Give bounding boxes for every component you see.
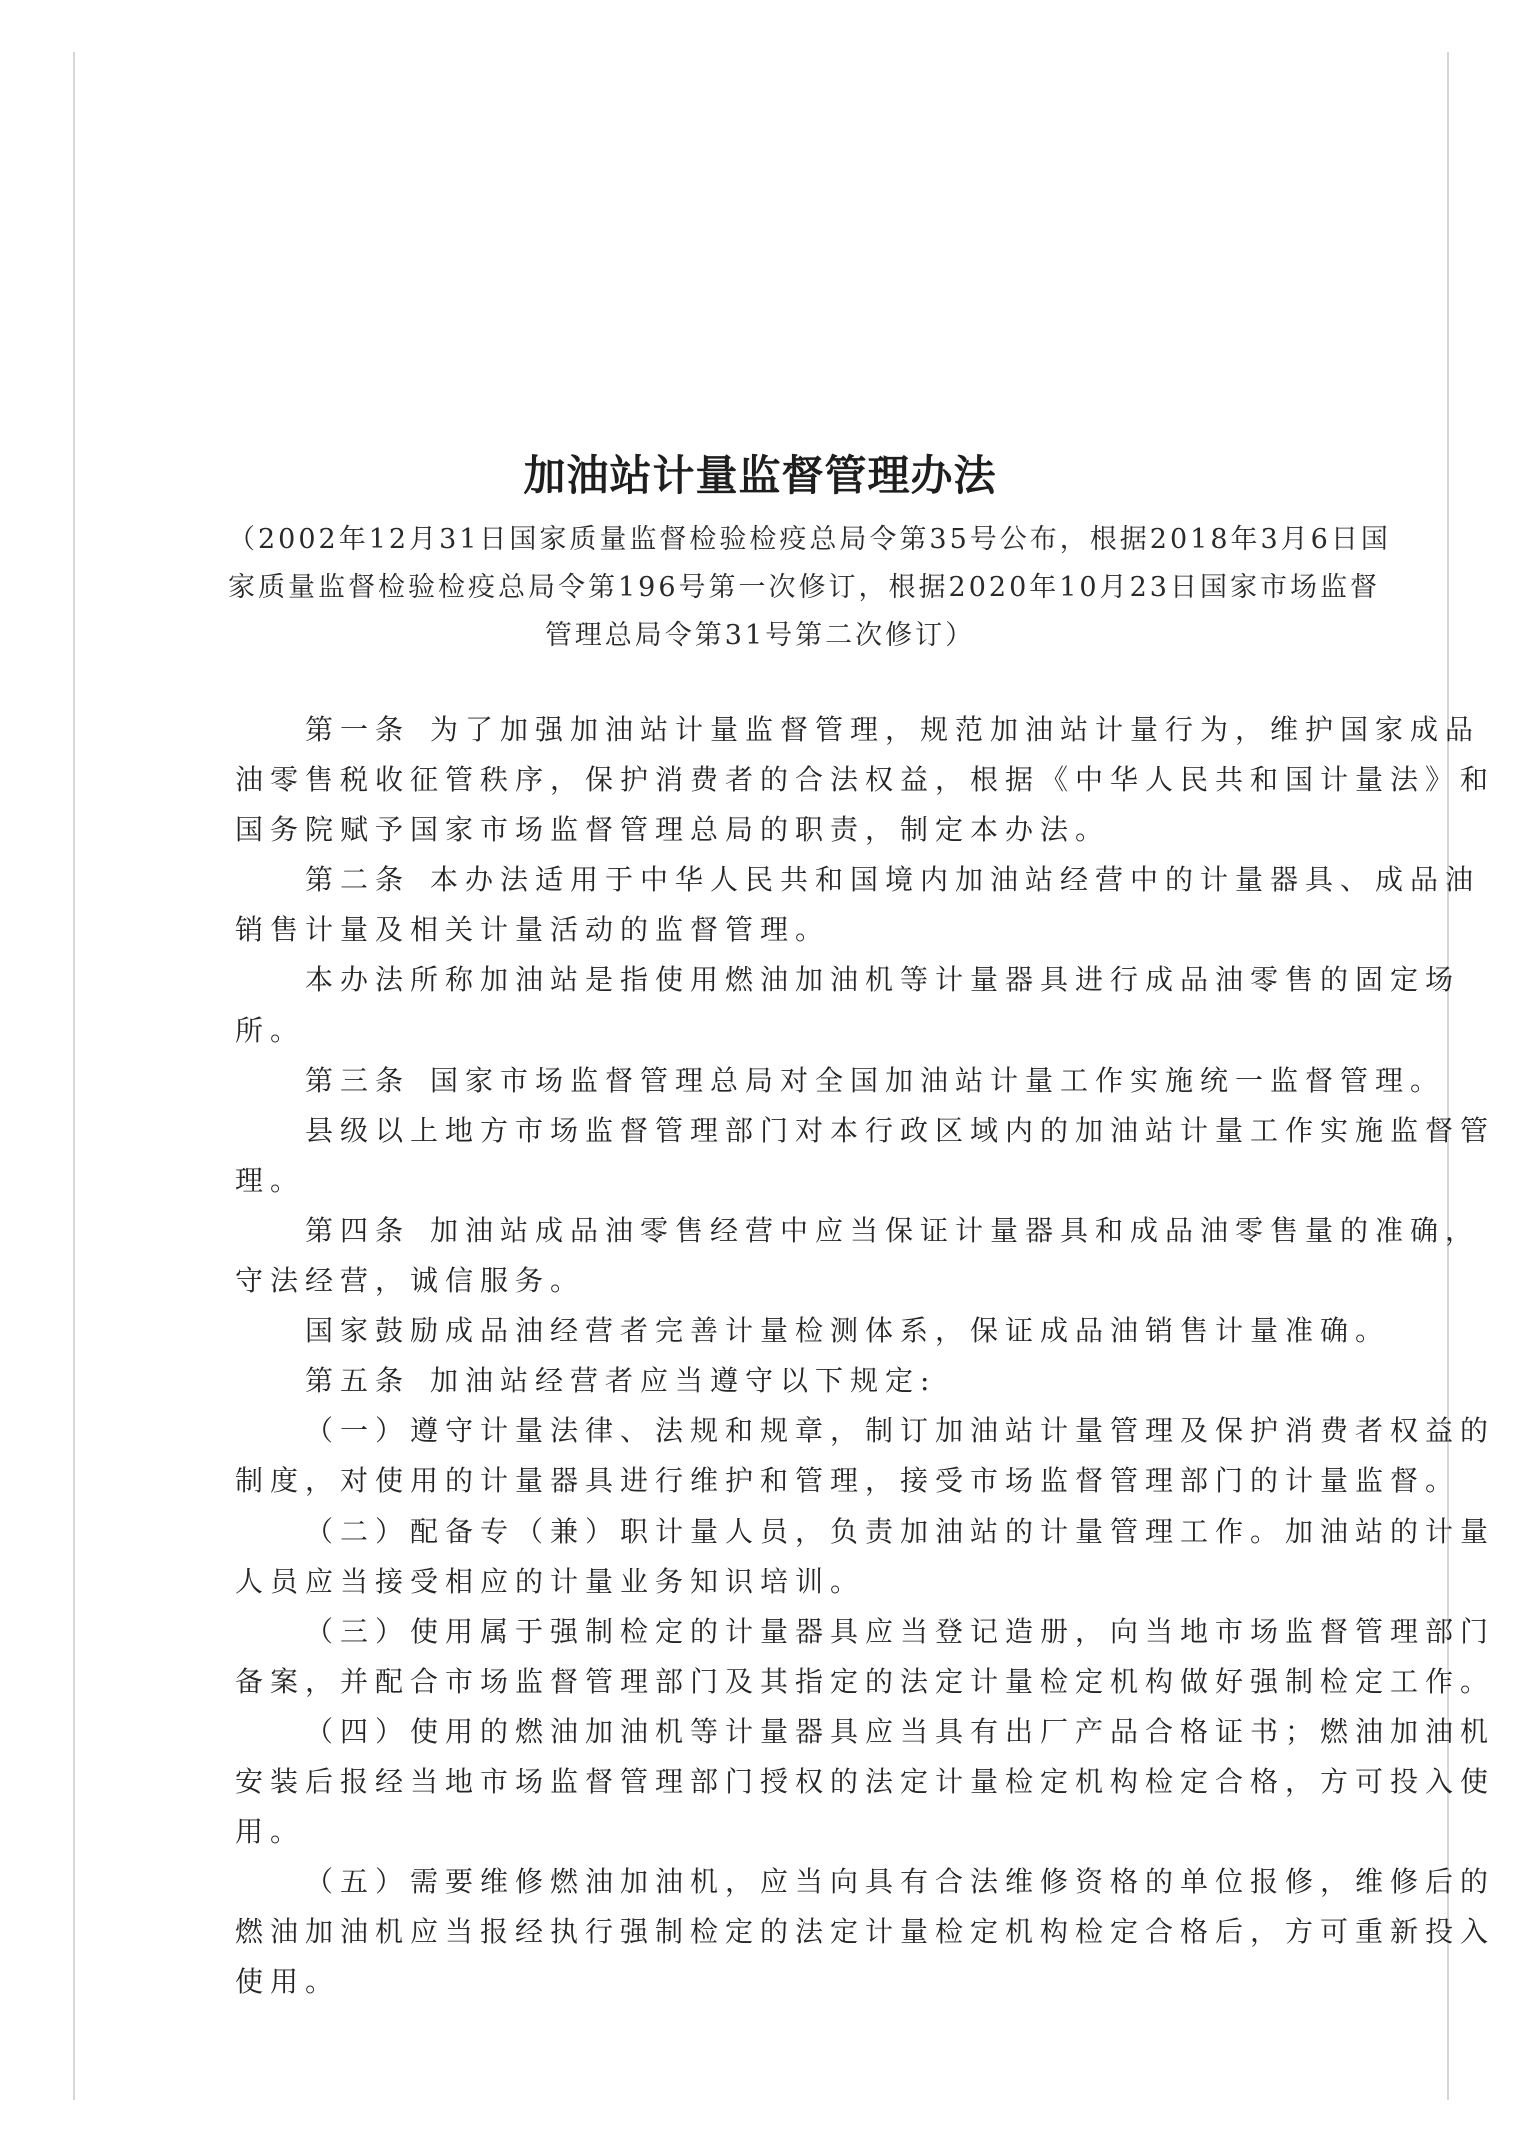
paragraph-text: 所。: [235, 1006, 1287, 1056]
article-4-encourage: 国家鼓励成品油经营者完善计量检测体系，保证成品油销售计量准确。: [235, 1306, 1287, 1356]
paragraph-text: 安装后报经当地市场监督管理部门授权的法定计量检定机构检定合格，方可投入使: [235, 1757, 1287, 1807]
article-label: 第三条: [305, 1064, 410, 1097]
paragraph-text: 加油站经营者应当遵守以下规定:: [430, 1364, 936, 1397]
article-label: 第五条: [305, 1364, 410, 1397]
subtitle-line: 家质量监督检验检疫总局令第196号第一次修订，根据2020年10月23日国家市场…: [228, 564, 1292, 612]
article-3: 第三条国家市场监督管理总局对全国加油站计量工作实施统一监督管理。: [235, 1056, 1287, 1106]
article-2-definition: 本办法所称加油站是指使用燃油加油机等计量器具进行成品油零售的固定场 所。: [235, 955, 1287, 1055]
article-5-item-1: （一）遵守计量法律、法规和规章，制订加油站计量管理及保护消费者权益的 制度，对使…: [235, 1406, 1287, 1506]
paragraph-text: 国家市场监督管理总局对全国加油站计量工作实施统一监督管理。: [430, 1064, 1445, 1097]
page-edge-left: [73, 52, 75, 2100]
paragraph-text: 用。: [235, 1807, 1287, 1857]
paragraph-text: 本办法适用于中华人民共和国境内加油站经营中的计量器具、成品油: [430, 863, 1480, 896]
paragraph-text: 守法经营，诚信服务。: [235, 1256, 1287, 1306]
article-3-local: 县级以上地方市场监督管理部门对本行政区域内的加油站计量工作实施监督管 理。: [235, 1106, 1287, 1206]
paragraph-text: （二）配备专（兼）职计量人员，负责加油站的计量管理工作。加油站的计量: [235, 1507, 1287, 1557]
document-title: 加油站计量监督管理办法: [0, 448, 1520, 504]
article-1: 第一条为了加强加油站计量监督管理，规范加油站计量行为，维护国家成品 油零售税收征…: [235, 705, 1287, 855]
article-5: 第五条加油站经营者应当遵守以下规定:: [235, 1356, 1287, 1406]
paragraph-text: 制度，对使用的计量器具进行维护和管理，接受市场监督管理部门的计量监督。: [235, 1456, 1287, 1506]
paragraph-text: 国务院赋予国家市场监督管理总局的职责，制定本办法。: [235, 805, 1287, 855]
paragraph-text: 理。: [235, 1156, 1287, 1206]
paragraph-text: 人员应当接受相应的计量业务知识培训。: [235, 1557, 1287, 1607]
paragraph-text: 国家鼓励成品油经营者完善计量检测体系，保证成品油销售计量准确。: [235, 1306, 1287, 1356]
article-2: 第二条本办法适用于中华人民共和国境内加油站经营中的计量器具、成品油 销售计量及相…: [235, 855, 1287, 955]
paragraph-text: 销售计量及相关计量活动的监督管理。: [235, 905, 1287, 955]
paragraph-text: 为了加强加油站计量监督管理，规范加油站计量行为，维护国家成品: [430, 713, 1480, 746]
subtitle-line: （2002年12月31日国家质量监督检验检疫总局令第35号公布，根据2018年3…: [228, 516, 1292, 564]
paragraph-text: 使用。: [235, 1957, 1287, 2007]
article-5-item-2: （二）配备专（兼）职计量人员，负责加油站的计量管理工作。加油站的计量 人员应当接…: [235, 1507, 1287, 1607]
article-5-item-4: （四）使用的燃油加油机等计量器具应当具有出厂产品合格证书；燃油加油机 安装后报经…: [235, 1707, 1287, 1857]
paragraph-text: 本办法所称加油站是指使用燃油加油机等计量器具进行成品油零售的固定场: [235, 955, 1287, 1005]
paragraph-text: 加油站成品油零售经营中应当保证计量器具和成品油零售量的准确，: [430, 1214, 1480, 1247]
paragraph-text: 县级以上地方市场监督管理部门对本行政区域内的加油站计量工作实施监督管: [235, 1106, 1287, 1156]
article-5-item-5: （五）需要维修燃油加油机，应当向具有合法维修资格的单位报修，维修后的 燃油加油机…: [235, 1857, 1287, 2007]
document-subtitle: （2002年12月31日国家质量监督检验检疫总局令第35号公布，根据2018年3…: [228, 516, 1292, 660]
paragraph-text: 备案，并配合市场监督管理部门及其指定的法定计量检定机构做好强制检定工作。: [235, 1657, 1287, 1707]
paragraph-text: 燃油加油机应当报经执行强制检定的法定计量检定机构检定合格后，方可重新投入: [235, 1907, 1287, 1957]
paragraph-text: （三）使用属于强制检定的计量器具应当登记造册，向当地市场监督管理部门: [235, 1607, 1287, 1657]
paragraph-text: （四）使用的燃油加油机等计量器具应当具有出厂产品合格证书；燃油加油机: [235, 1707, 1287, 1757]
article-4: 第四条加油站成品油零售经营中应当保证计量器具和成品油零售量的准确， 守法经营，诚…: [235, 1206, 1287, 1306]
article-label: 第二条: [305, 863, 410, 896]
article-5-item-3: （三）使用属于强制检定的计量器具应当登记造册，向当地市场监督管理部门 备案，并配…: [235, 1607, 1287, 1707]
document-body: 第一条为了加强加油站计量监督管理，规范加油站计量行为，维护国家成品 油零售税收征…: [235, 705, 1287, 2007]
paragraph-text: （五）需要维修燃油加油机，应当向具有合法维修资格的单位报修，维修后的: [235, 1857, 1287, 1907]
paragraph-text: （一）遵守计量法律、法规和规章，制订加油站计量管理及保护消费者权益的: [235, 1406, 1287, 1456]
article-label: 第四条: [305, 1214, 410, 1247]
paragraph-text: 油零售税收征管秩序，保护消费者的合法权益，根据《中华人民共和国计量法》和: [235, 755, 1287, 805]
subtitle-line: 管理总局令第31号第二次修订）: [228, 612, 1292, 660]
article-label: 第一条: [305, 713, 410, 746]
